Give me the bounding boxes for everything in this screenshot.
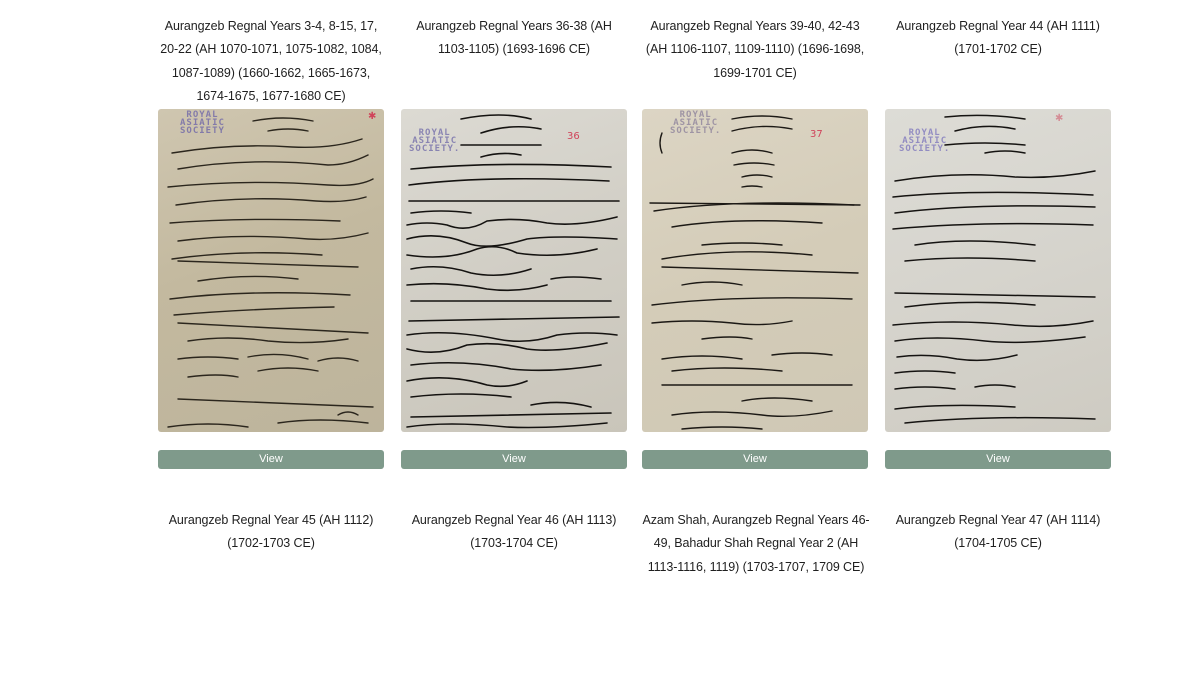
view-button[interactable]: View — [642, 450, 868, 469]
manuscript-card: Aurangzeb Regnal Year 46 (AH 1113) (1703… — [399, 509, 629, 556]
manuscript-thumbnail[interactable]: ROYALASIATICSOCIETY ✱ — [158, 109, 384, 432]
catalogue-mark: 36 — [567, 131, 580, 142]
society-stamp: ROYALASIATICSOCIETY — [180, 111, 225, 135]
manuscript-card: Aurangzeb Regnal Year 47 (AH 1114) (1704… — [883, 509, 1113, 556]
card-title: Aurangzeb Regnal Year 44 (AH 1111) (1701… — [885, 15, 1111, 62]
manuscript-card: Aurangzeb Regnal Year 44 (AH 1111) (1701… — [885, 15, 1111, 62]
manuscript-thumbnail[interactable]: ROYALASIATICSOCIETY. ✱ — [885, 109, 1111, 432]
society-stamp: ROYALASIATICSOCIETY. — [670, 111, 721, 135]
manuscript-script-image — [401, 109, 627, 432]
catalogue-mark: 37 — [810, 129, 823, 140]
manuscript-thumbnail[interactable]: ROYALASIATICSOCIETY. 36 — [401, 109, 627, 432]
society-stamp: ROYALASIATICSOCIETY. — [899, 129, 950, 153]
manuscript-script-image — [642, 109, 868, 432]
society-stamp: ROYALASIATICSOCIETY. — [409, 129, 460, 153]
manuscript-card: Aurangzeb Regnal Years 39-40, 42-43 (AH … — [642, 15, 868, 85]
catalogue-mark: ✱ — [368, 111, 376, 122]
view-button[interactable]: View — [401, 450, 627, 469]
manuscript-card: Aurangzeb Regnal Years 3-4, 8-15, 17, 20… — [158, 15, 384, 108]
card-title: Aurangzeb Regnal Years 3-4, 8-15, 17, 20… — [158, 15, 384, 108]
card-title: Azam Shah, Aurangzeb Regnal Years 46-49,… — [640, 509, 872, 579]
card-title: Aurangzeb Regnal Years 39-40, 42-43 (AH … — [642, 15, 868, 85]
manuscript-script-image — [885, 109, 1111, 432]
view-button[interactable]: View — [885, 450, 1111, 469]
manuscript-card: Azam Shah, Aurangzeb Regnal Years 46-49,… — [640, 509, 872, 579]
catalogue-mark: ✱ — [1055, 113, 1063, 124]
manuscript-thumbnail[interactable]: ROYALASIATICSOCIETY. 37 — [642, 109, 868, 432]
card-title: Aurangzeb Regnal Year 47 (AH 1114) (1704… — [883, 509, 1113, 556]
manuscript-card: Aurangzeb Regnal Years 36-38 (AH 1103-11… — [401, 15, 627, 62]
manuscript-script-image — [158, 109, 384, 432]
card-title: Aurangzeb Regnal Year 46 (AH 1113) (1703… — [399, 509, 629, 556]
card-title: Aurangzeb Regnal Year 45 (AH 1112) (1702… — [158, 509, 384, 556]
manuscript-card: Aurangzeb Regnal Year 45 (AH 1112) (1702… — [158, 509, 384, 556]
view-button[interactable]: View — [158, 450, 384, 469]
card-title: Aurangzeb Regnal Years 36-38 (AH 1103-11… — [401, 15, 627, 62]
